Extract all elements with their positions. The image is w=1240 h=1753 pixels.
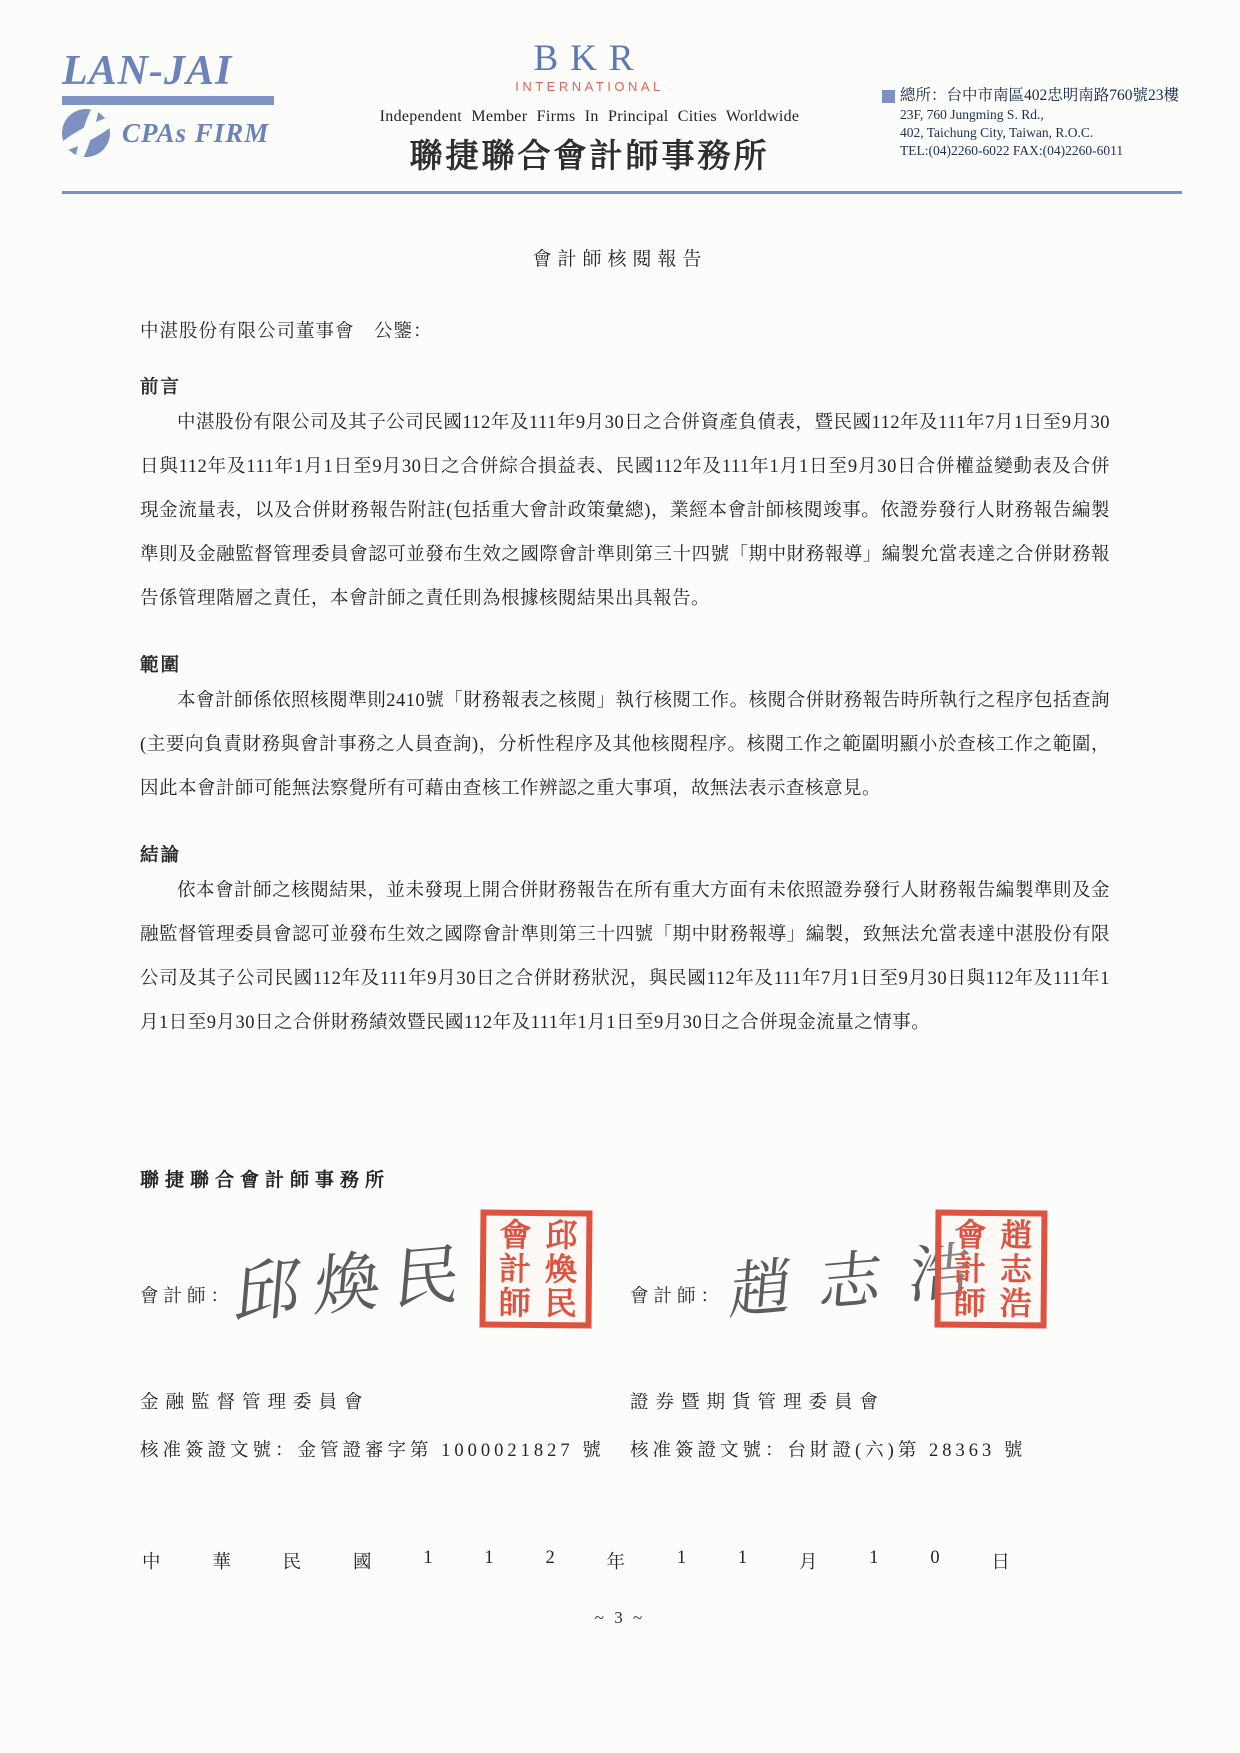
date-char: 1 (677, 1548, 686, 1574)
date-char: 中 (142, 1548, 161, 1574)
letterhead: LAN-JAI CPAs FIRM BKR INTERNATIONAL Inde… (0, 0, 1240, 177)
bkr-international-text: INTERNATIONAL (297, 79, 882, 94)
date-char: 年 (607, 1548, 626, 1574)
lanjai-underline-bar (62, 96, 274, 105)
lanjai-logo: LAN-JAI CPAs FIRM (62, 38, 297, 157)
addressee-line: 中湛股份有限公司董事會 公鑒： (140, 317, 1110, 343)
address-line-4: TEL:(04)2260-6022 FAX:(04)2260-6011 (900, 142, 1182, 160)
cpa-seal-right: 趙志浩 會計師 (934, 1210, 1047, 1329)
cpa-label-right: 會計師： (630, 1282, 724, 1308)
authority-block-right: 證券暨期貨管理委員會 核准簽證文號：台財證(六)第 28363 號 (630, 1388, 1120, 1462)
firm-name-chinese: 聯捷聯合會計師事務所 (297, 130, 882, 177)
lanjai-globe-icon (62, 109, 110, 157)
bkr-tagline: Independent Member Firms In Principal Ci… (297, 108, 882, 126)
cpa-label-left: 會計師： (140, 1282, 234, 1308)
date-char: 2 (545, 1548, 554, 1574)
page-number: ~ 3 ~ (0, 1608, 1240, 1628)
section-body-scope: 本會計師係依照核閱準則2410號「財務報表之核閱」執行核閱工作。核閱合併財務報告… (140, 679, 1110, 811)
signature-block-right: 會計師： 趙志浩 趙志浩 會計師 (630, 1222, 1120, 1372)
date-char: 民 (283, 1548, 302, 1574)
signature-row: 會計師： 邱煥民 邱煥民 會計師 會計師： 趙志浩 趙志浩 會計師 (140, 1222, 1120, 1372)
cpa-seal-right-text: 趙志浩 會計師 (945, 1218, 1038, 1321)
section-heading-conclusion: 結論 (140, 841, 1110, 867)
cpa-signature-left: 邱煥民 (231, 1219, 478, 1336)
date-char: 日 (991, 1548, 1010, 1574)
lanjai-logo-text: LAN-JAI (62, 50, 297, 92)
date-char: 1 (484, 1548, 493, 1574)
authority-name-left: 金融監督管理委員會 (140, 1388, 630, 1414)
date-char: 月 (799, 1548, 818, 1574)
date-char: 國 (353, 1548, 372, 1574)
section-heading-foreword: 前言 (140, 373, 1110, 399)
address-line-1: 總所：台中市南區402忠明南路760號23樓 (882, 86, 1182, 106)
date-char: 1 (738, 1548, 747, 1574)
address-line-3: 402, Taichung City, Taiwan, R.O.C. (900, 124, 1182, 142)
header-divider (62, 191, 1182, 194)
date-char: 0 (930, 1548, 939, 1574)
approval-number-left: 核准簽證文號：金管證審字第 1000021827 號 (140, 1436, 630, 1462)
date-char: 1 (423, 1548, 432, 1574)
blue-square-icon (882, 90, 895, 103)
report-date-line: 中 華 民 國 1 1 2 年 1 1 月 1 0 日 (142, 1548, 1010, 1574)
authority-row: 金融監督管理委員會 核准簽證文號：金管證審字第 1000021827 號 證券暨… (140, 1388, 1120, 1462)
review-report-page: LAN-JAI CPAs FIRM BKR INTERNATIONAL Inde… (0, 0, 1240, 1753)
bkr-block: BKR INTERNATIONAL Independent Member Fir… (297, 38, 882, 177)
section-body-foreword: 中湛股份有限公司及其子公司民國112年及111年9月30日之合併資產負債表，暨民… (140, 401, 1110, 621)
lanjai-logo-subtitle: CPAs FIRM (122, 118, 269, 149)
address-line-1-text: 總所：台中市南區402忠明南路760號23樓 (900, 86, 1179, 106)
section-body-conclusion: 依本會計師之核閱結果，並未發現上開合併財務報告在所有重大方面有未依照證券發行人財… (140, 869, 1110, 1045)
bkr-logo-text: BKR (297, 40, 882, 77)
address-line-2: 23F, 760 Jungming S. Rd., (900, 106, 1182, 124)
signature-block-left: 會計師： 邱煥民 邱煥民 會計師 (140, 1222, 630, 1372)
date-char: 1 (869, 1548, 878, 1574)
authority-block-left: 金融監督管理委員會 核准簽證文號：金管證審字第 1000021827 號 (140, 1388, 630, 1462)
head-office-address: 總所：台中市南區402忠明南路760號23樓 23F, 760 Jungming… (882, 38, 1182, 160)
report-title: 會計師核閱報告 (0, 244, 1240, 271)
signoff-firm-name: 聯捷聯合會計師事務所 (140, 1165, 1240, 1192)
authority-name-right: 證券暨期貨管理委員會 (630, 1388, 1120, 1414)
cpa-seal-left: 邱煥民 會計師 (479, 1210, 592, 1329)
cpa-seal-left-text: 邱煥民 會計師 (490, 1218, 583, 1321)
date-char: 華 (212, 1548, 231, 1574)
section-heading-scope: 範圍 (140, 651, 1110, 677)
approval-number-right: 核准簽證文號：台財證(六)第 28363 號 (630, 1436, 1120, 1462)
